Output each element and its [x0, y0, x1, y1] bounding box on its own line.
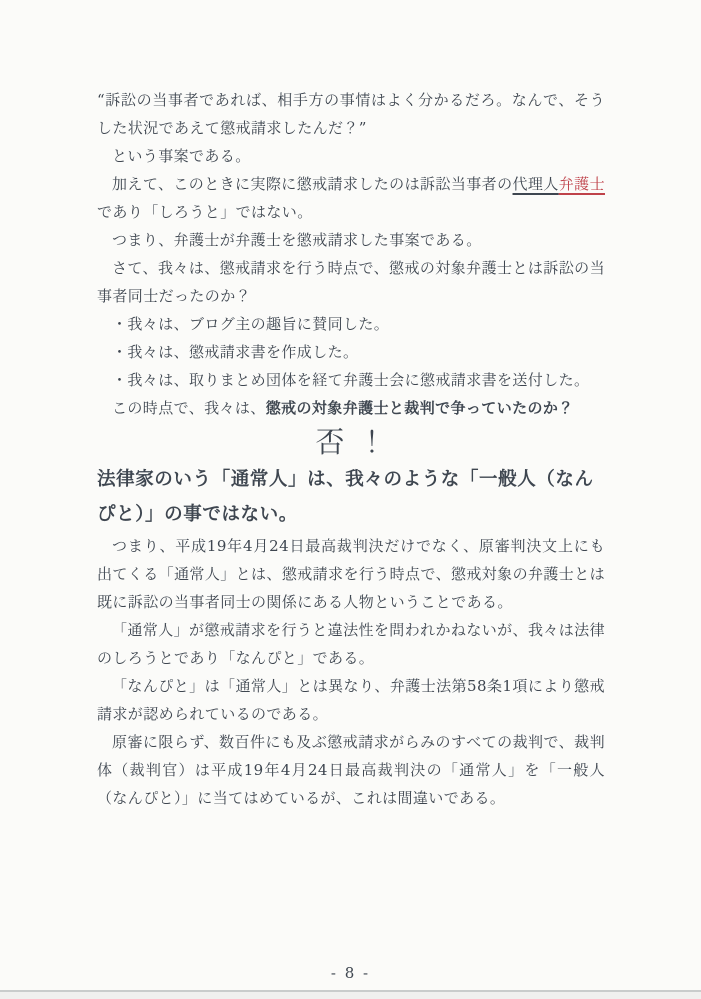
- scan-bottom-edge-area: [0, 992, 701, 999]
- document-body: “訴訟の当事者であれば、相手方の事情はよく分かるだろ。なんで、そうした状況であえ…: [97, 86, 605, 812]
- bullet-item-3: ・我々は、取りまとめ団体を経て弁護士会に懲戒請求書を送付した。: [97, 366, 605, 394]
- bullet-item-1: ・我々は、ブログ主の趣旨に賛同した。: [97, 310, 605, 338]
- at-point-paragraph: この時点で、我々は、懲戒の対象弁護士と裁判で争っていたのか？: [97, 394, 605, 422]
- question-paragraph: さて、我々は、懲戒請求を行う時点で、懲戒の対象弁護士とは訴訟の当事者同士だったの…: [97, 254, 605, 310]
- red-underlined-lawyer-text: 弁護士: [559, 175, 605, 193]
- underlined-agent-text: 代理人: [513, 175, 559, 193]
- case-statement: という事案である。: [97, 142, 605, 170]
- quote-paragraph: “訴訟の当事者であれば、相手方の事情はよく分かるだろ。なんで、そうした状況であえ…: [97, 86, 605, 142]
- body-paragraph-1: つまり、平成19年4月24日最高裁判決だけでなく、原審判決文上にも出てくる「通常…: [97, 532, 605, 616]
- at-point-bold-question: 懲戒の対象弁護士と裁判で争っていたのか？: [266, 399, 574, 417]
- conclusion-paragraph: つまり、弁護士が弁護士を懲戒請求した事案である。: [97, 226, 605, 254]
- addition-paragraph: 加えて、このときに実際に懲戒請求したのは訴訟当事者の代理人弁護士であり「しろうと…: [97, 170, 605, 226]
- body-paragraph-4: 原審に限らず、数百件にも及ぶ懲戒請求がらみのすべての裁判で、裁判体（裁判官）は平…: [97, 728, 605, 812]
- bullet-item-2: ・我々は、懲戒請求書を作成した。: [97, 338, 605, 366]
- at-point-lead-text: この時点で、我々は、: [112, 399, 266, 417]
- page-number-footer: - 8 -: [0, 964, 701, 982]
- body-paragraph-3: 「なんぴと」は「通常人」とは異なり、弁護士法第58条1項により懲戒請求が認められ…: [97, 672, 605, 728]
- addition-tail-text: であり「しろうと」ではない。: [97, 203, 313, 221]
- interjection-no: 否！: [97, 422, 605, 462]
- addition-lead-text: 加えて、このときに実際に懲戒請求したのは訴訟当事者の: [112, 175, 513, 193]
- section-heading: 法律家のいう「通常人」は、我々のような「一般人（なんぴと）」の事ではない。: [97, 462, 605, 532]
- body-paragraph-2: 「通常人」が懲戒請求を行うと違法性を問われかねないが、我々は法律のしろうとであり…: [97, 616, 605, 672]
- scanned-document-page: “訴訟の当事者であれば、相手方の事情はよく分かるだろ。なんで、そうした状況であえ…: [0, 0, 701, 999]
